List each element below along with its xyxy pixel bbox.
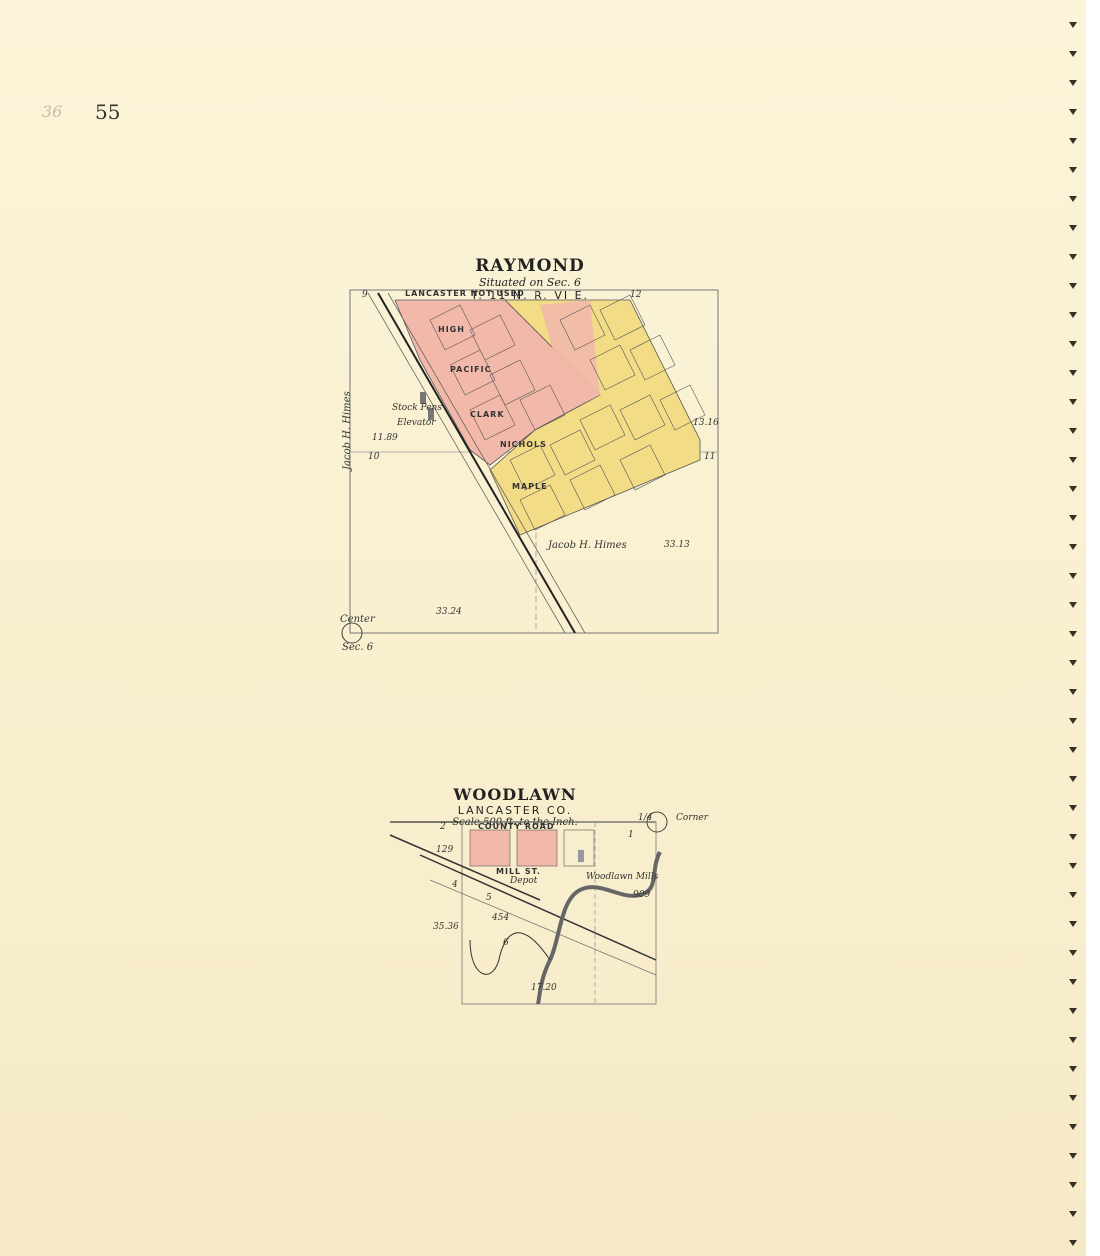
lot-number: 4 — [452, 880, 458, 890]
corner-label: Corner — [676, 813, 708, 823]
acreage-label: 129 — [436, 845, 453, 855]
woodlawn-map — [0, 0, 1100, 1256]
atlas-page: 36 55 RAYMOND Situated on Sec. 6 T. 11 N… — [0, 0, 1100, 1256]
acreage-label: 454 — [492, 913, 509, 923]
lot-number: 2 — [440, 822, 446, 832]
acreage-label: 35.36 — [433, 922, 459, 932]
acreage-label: 17.20 — [531, 983, 557, 993]
acreage-label: 909 — [633, 890, 650, 900]
landmark-label: Depot — [510, 876, 537, 886]
corner-fraction: 1/4 — [638, 813, 652, 823]
street-label: MILL ST. — [496, 867, 541, 876]
lot-number: 5 — [486, 893, 492, 903]
lot-number: 6 — [503, 938, 509, 948]
landmark-label: Woodlawn Mills — [586, 872, 658, 882]
street-label: COUNTY ROAD — [478, 822, 554, 831]
lot-number: 1 — [628, 830, 634, 840]
